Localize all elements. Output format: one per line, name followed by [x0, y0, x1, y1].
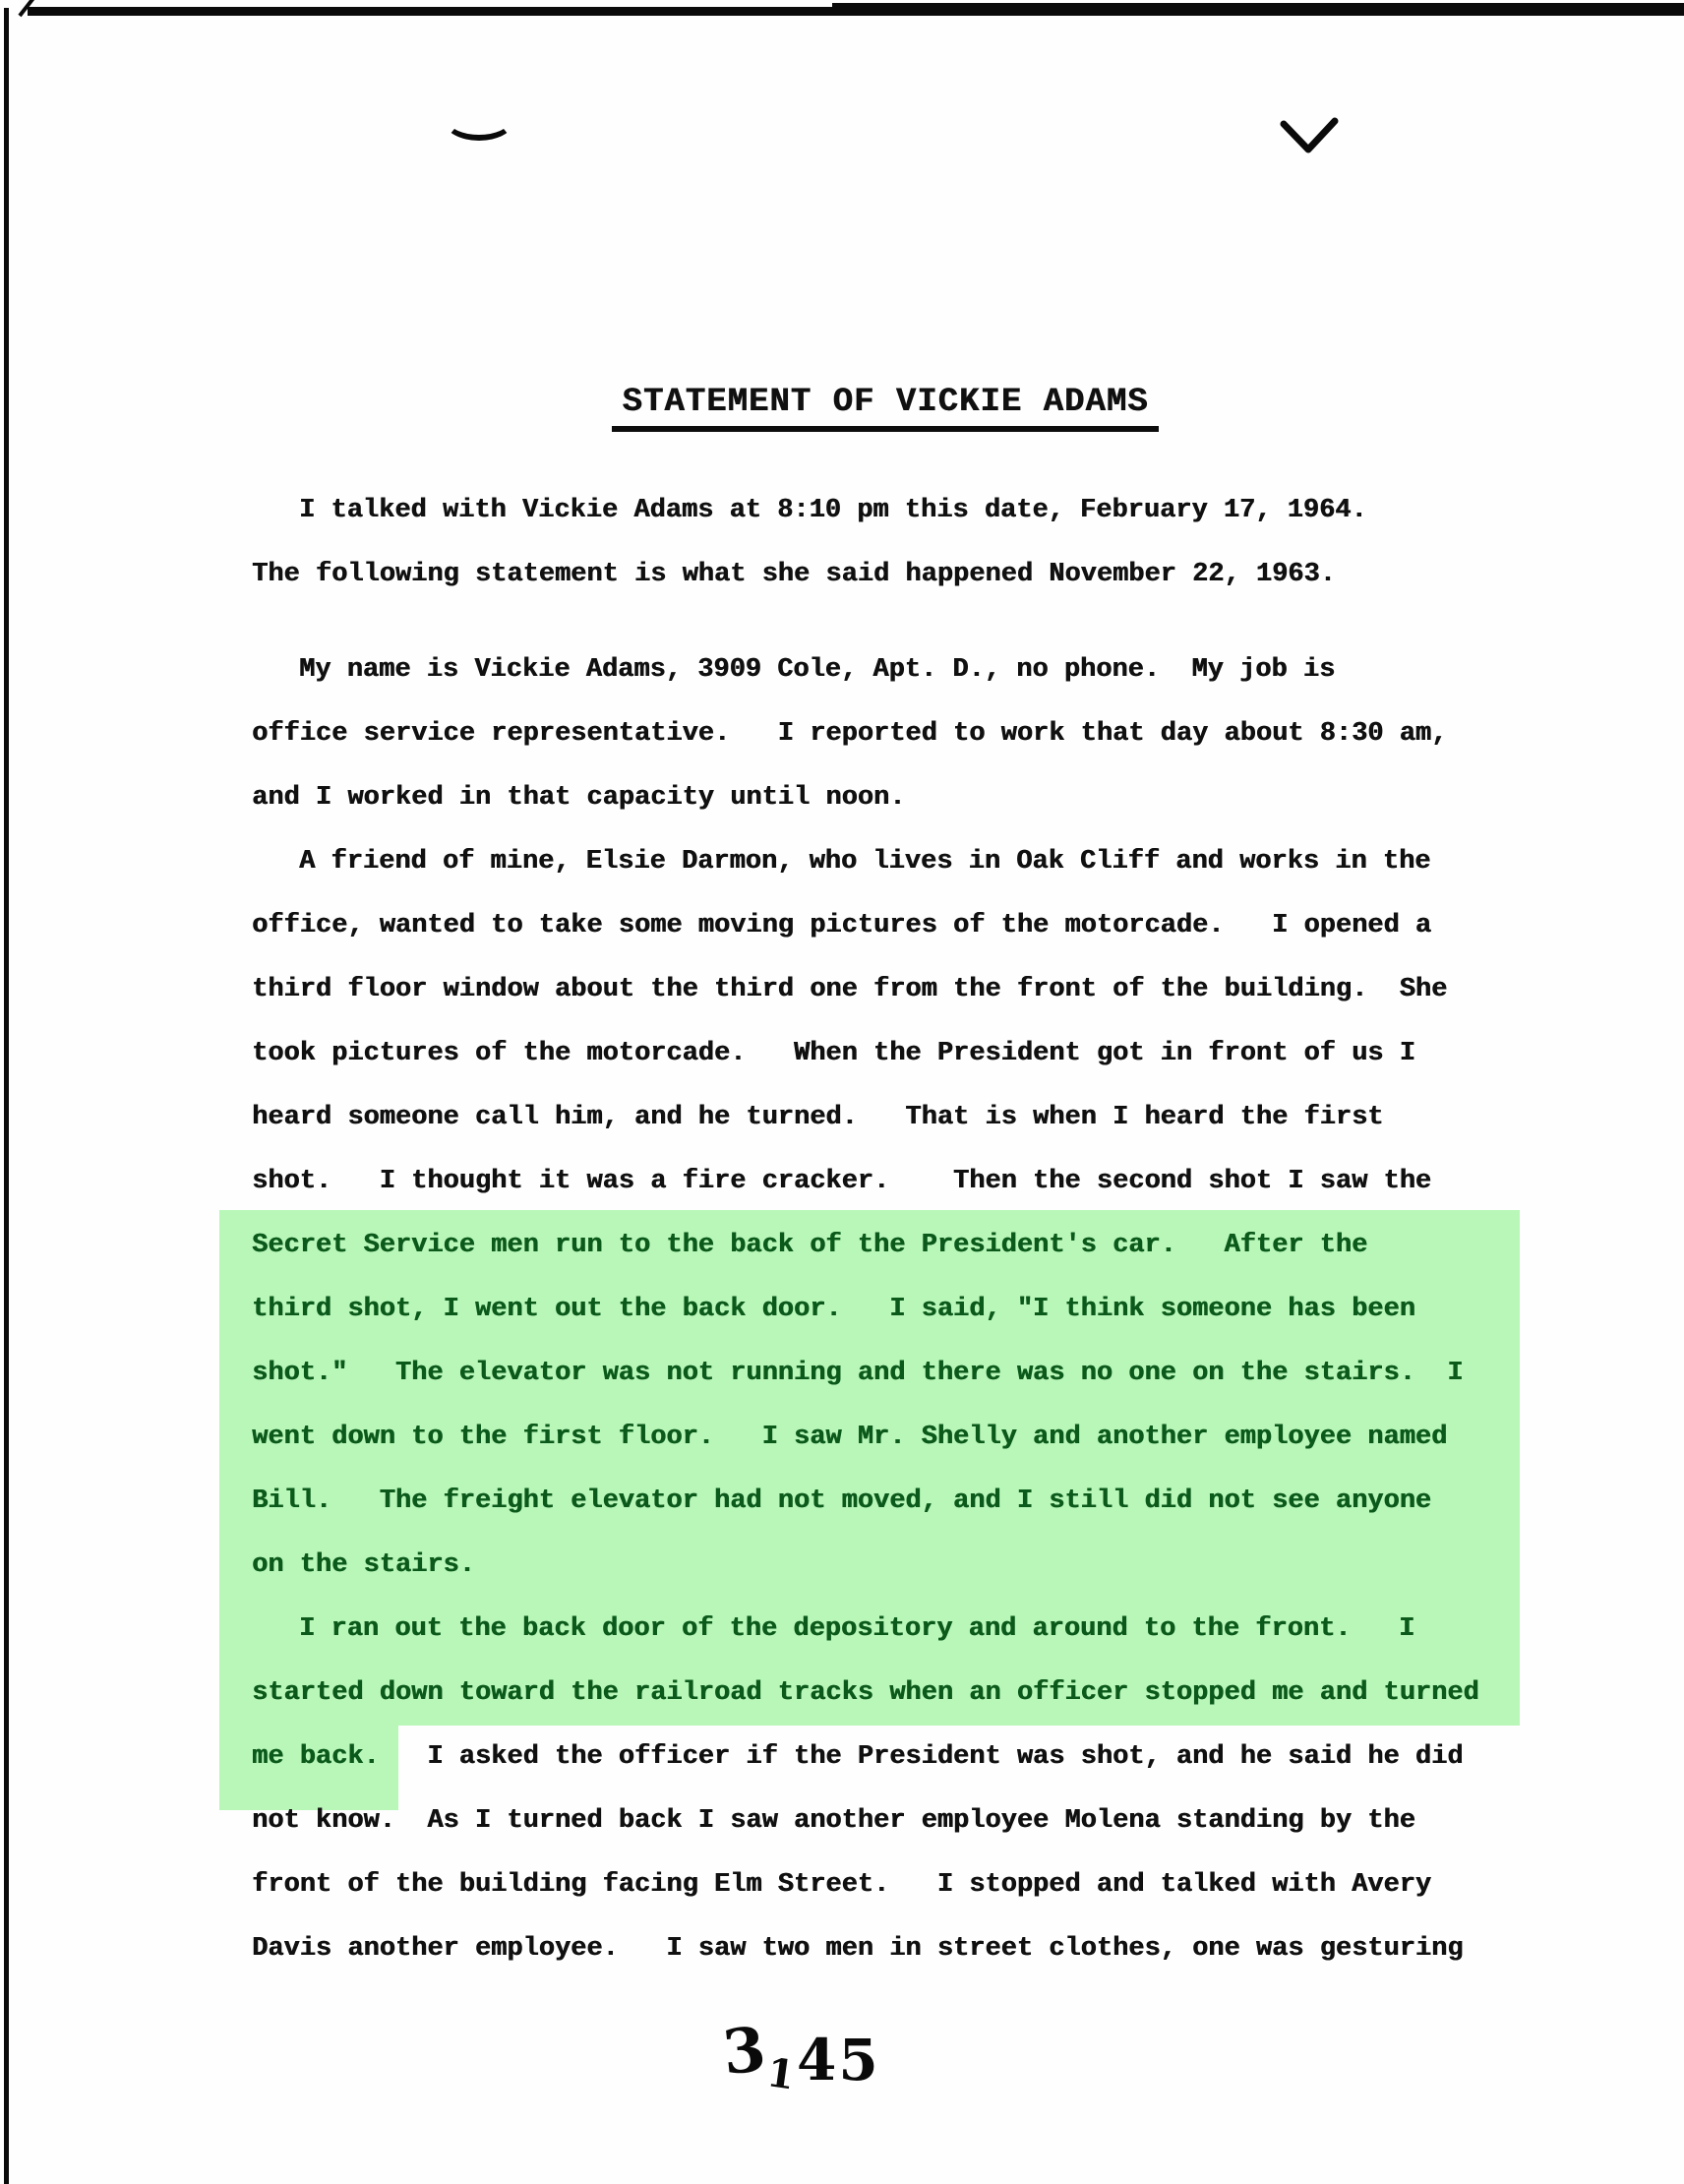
statement-line-rest: I asked the officer if the President was… [380, 1742, 1464, 1772]
statement-line: office, wanted to take some moving pictu… [252, 894, 1570, 958]
highlighted-phrase: me back. [252, 1742, 380, 1772]
statement-line: shot. I thought it was a fire cracker. T… [252, 1150, 1570, 1214]
scan-edge-left [4, 8, 9, 2184]
statement-line: office service representative. I reporte… [252, 702, 1570, 766]
statement-line: My name is Vickie Adams, 3909 Cole, Apt.… [252, 638, 1570, 702]
statement-line: The following statement is what she said… [252, 543, 1570, 607]
statement-line: front of the building facing Elm Street.… [252, 1853, 1570, 1917]
statement-line-partial-highlight: me back. I asked the officer if the Pres… [252, 1726, 1570, 1790]
scanned-document-page: STATEMENT OF VICKIE ADAMS I talked with … [0, 0, 1684, 2184]
statement-line: heard someone call him, and he turned. T… [252, 1086, 1570, 1150]
page-title: STATEMENT OF VICKIE ADAMS [0, 384, 1684, 432]
statement-line-highlighted: started down toward the railroad tracks … [252, 1662, 1570, 1726]
page-number: 3145 [723, 2015, 880, 2087]
scan-edge-top-right [832, 3, 1684, 16]
statement-line-highlighted: shot." The elevator was not running and … [252, 1342, 1570, 1406]
pen-curve-mark-icon [445, 102, 513, 141]
page-number-digit: 3 [719, 2013, 771, 2089]
statement-line-highlighted: I ran out the back door of the depositor… [252, 1598, 1570, 1662]
statement-line: took pictures of the motorcade. When the… [252, 1022, 1570, 1086]
statement-line: A friend of mine, Elsie Darmon, who live… [252, 830, 1570, 894]
statement-line: and I worked in that capacity until noon… [252, 766, 1570, 830]
page-number-digit: 45 [797, 2027, 880, 2093]
statement-line-highlighted: went down to the first floor. I saw Mr. … [252, 1406, 1570, 1470]
check-mark-icon [1279, 116, 1340, 162]
statement-line: I talked with Vickie Adams at 8:10 pm th… [252, 479, 1570, 543]
page-number-digit: 1 [764, 2049, 800, 2099]
statement-line: third floor window about the third one f… [252, 958, 1570, 1022]
statement-line-highlighted: third shot, I went out the back door. I … [252, 1278, 1570, 1342]
statement-body: I talked with Vickie Adams at 8:10 pm th… [252, 479, 1570, 1981]
statement-line: Davis another employee. I saw two men in… [252, 1917, 1570, 1981]
statement-line-highlighted: Bill. The freight elevator had not moved… [252, 1470, 1570, 1534]
statement-line-highlighted: Secret Service men run to the back of th… [252, 1214, 1570, 1278]
statement-line: not know. As I turned back I saw another… [252, 1790, 1570, 1853]
statement-line-highlighted: on the stairs. [252, 1534, 1570, 1598]
